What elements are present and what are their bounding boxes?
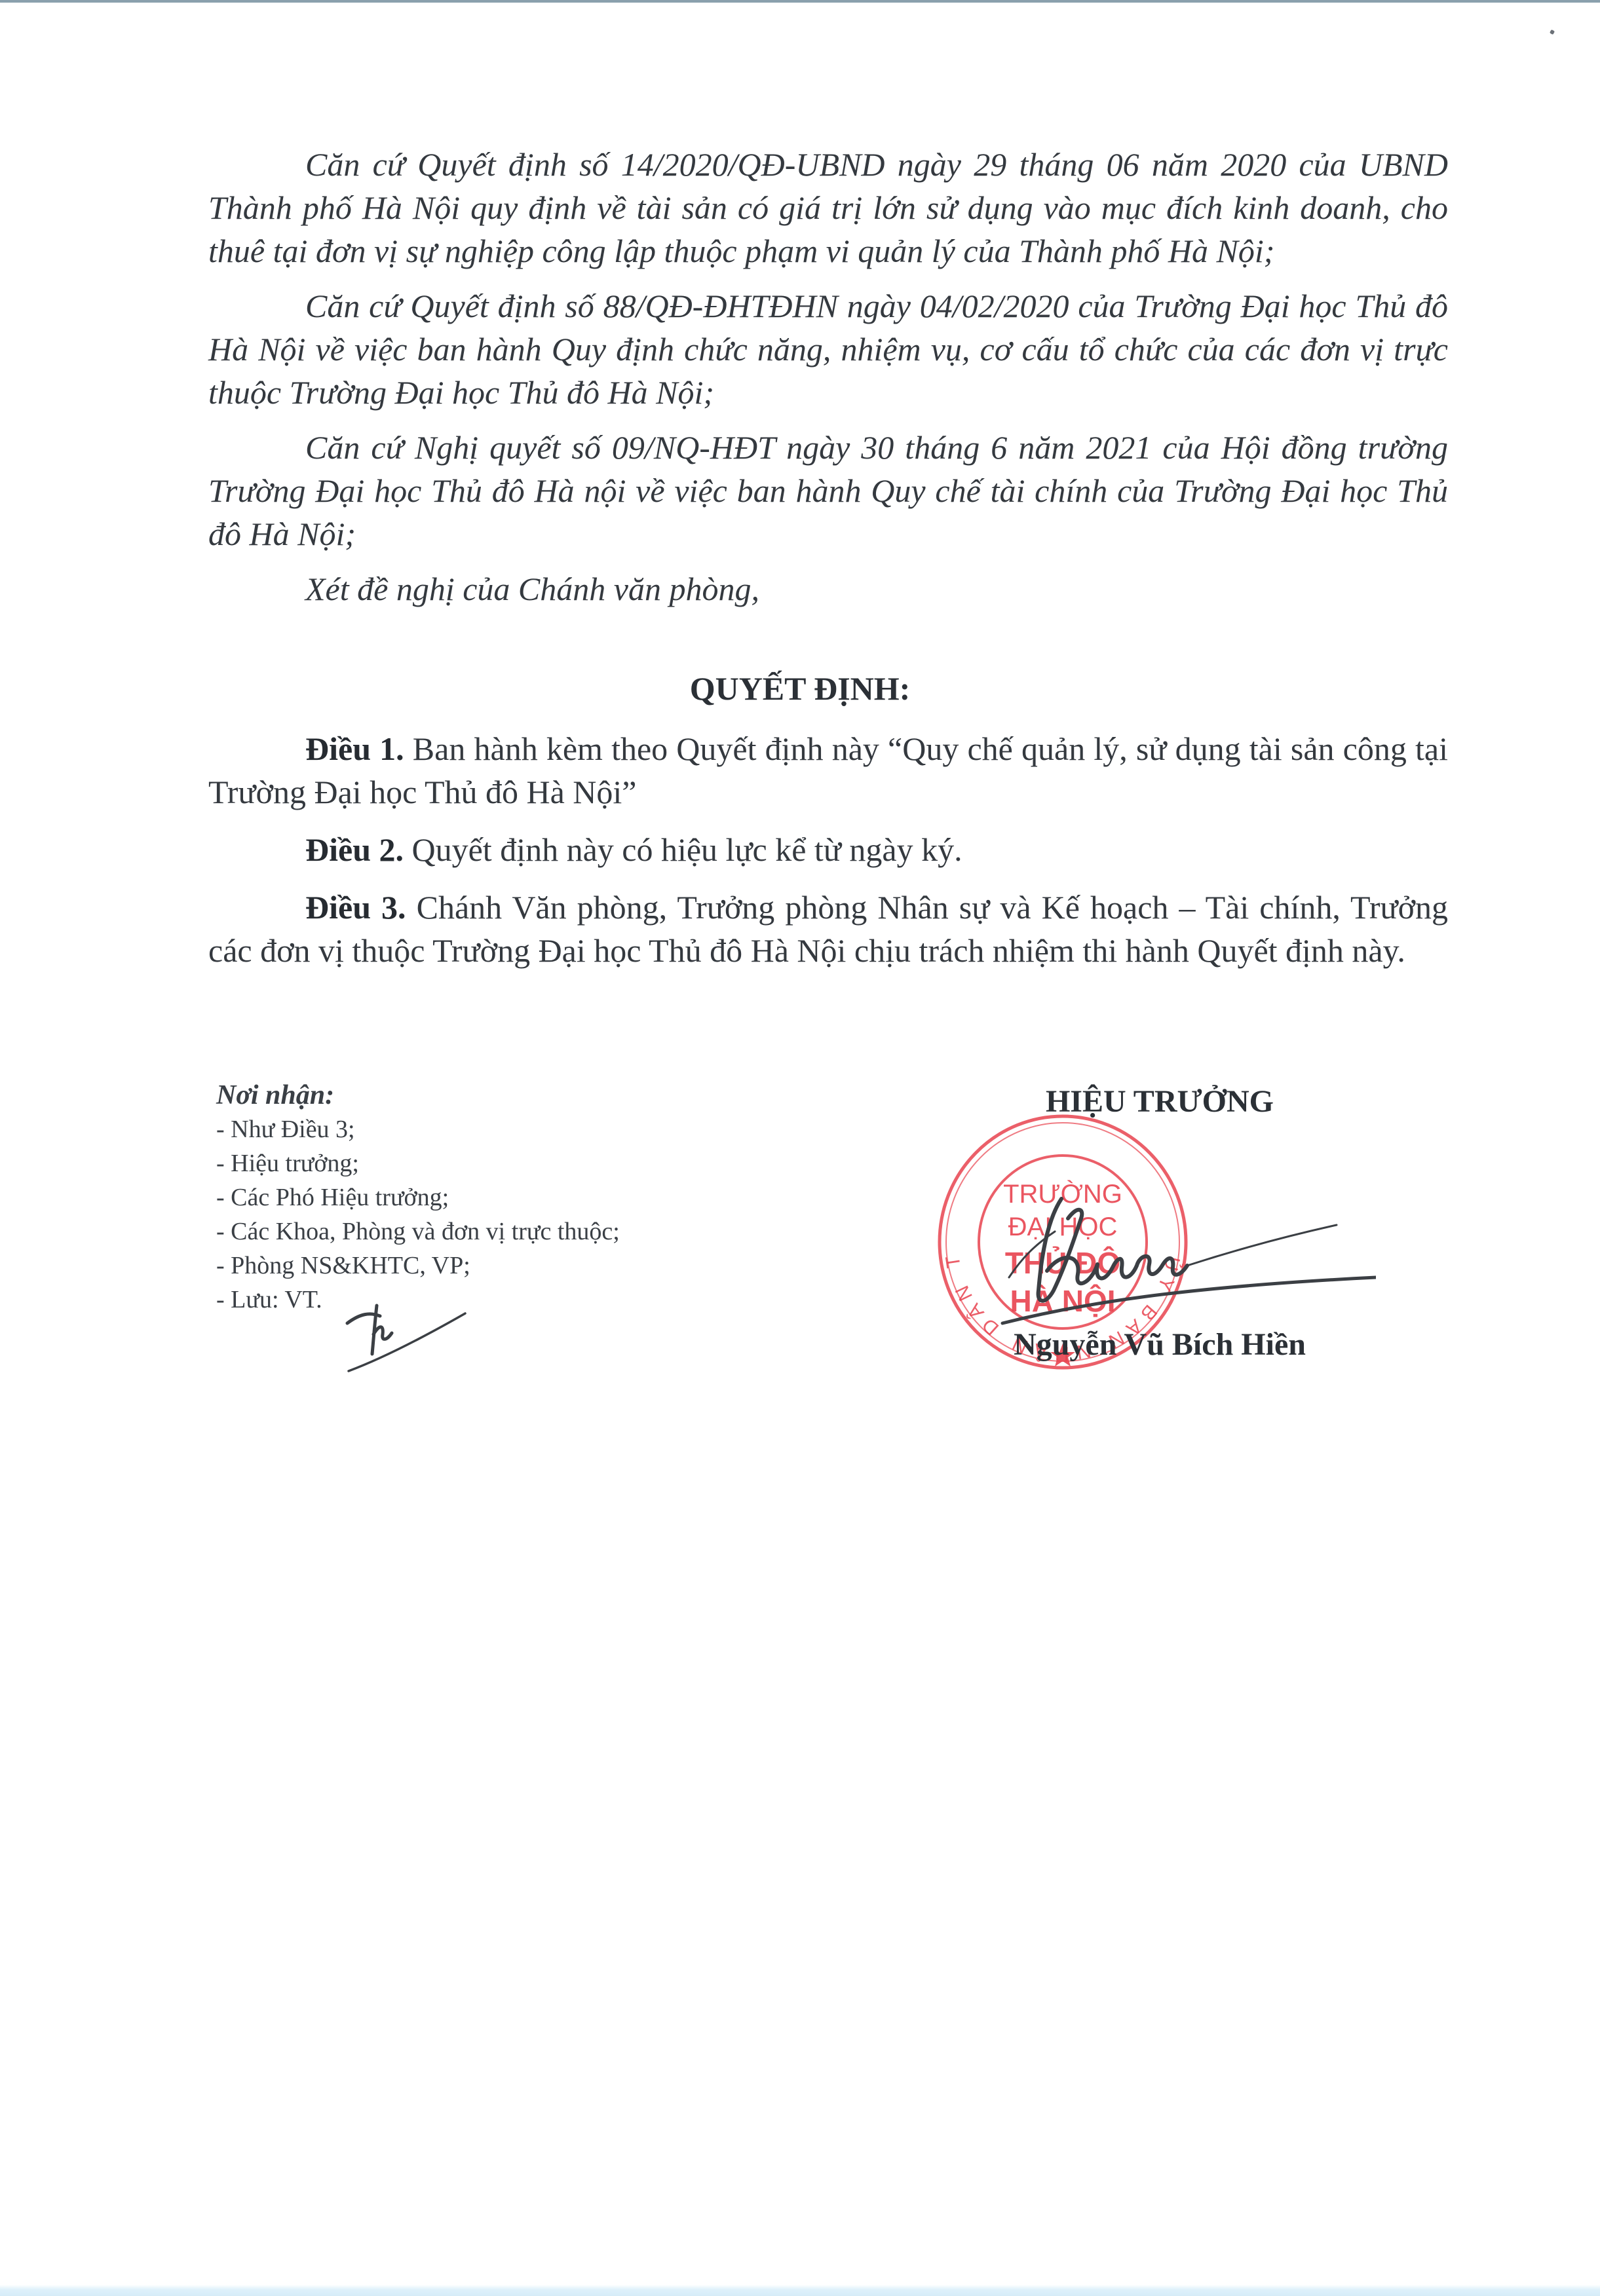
article-2: Điều 2. Quyết định này có hiệu lực kể từ…: [208, 828, 1448, 871]
recipients-list: - Như Điều 3; - Hiệu trưởng; - Các Phó H…: [216, 1112, 620, 1317]
scan-bottom-edge: [0, 2285, 1600, 2296]
article-1: Điều 1. Ban hành kèm theo Quyết định này…: [208, 727, 1448, 814]
preamble-proposal: Xét đề nghị của Chánh văn phòng,: [208, 567, 1448, 611]
article-2-text: Quyết định này có hiệu lực kể từ ngày ký…: [404, 831, 962, 868]
signer-name: Nguyễn Vũ Bích Hiền: [957, 1327, 1363, 1363]
preamble: Căn cứ Quyết định số 14/2020/QĐ-UBND ngà…: [208, 143, 1448, 611]
recipients: Nơi nhận: - Như Điều 3; - Hiệu trưởng; -…: [216, 1078, 620, 1317]
recipient-item: - Hiệu trưởng;: [216, 1146, 620, 1180]
handwritten-signature-icon: [983, 1192, 1376, 1336]
signature-block: HIỆU TRƯỞNG ỦY BAN NHÂN DÂN THÀNH PHỐ HÀ…: [957, 1074, 1363, 1389]
recipients-heading: Nơi nhận:: [216, 1078, 620, 1112]
recipient-item: - Như Điều 3;: [216, 1112, 620, 1146]
recipient-item: - Các Khoa, Phòng và đơn vị trực thuộc;: [216, 1214, 620, 1249]
initials-mark-icon: [341, 1294, 472, 1379]
preamble-legal-basis-3: Căn cứ Nghị quyết số 09/NQ-HĐT ngày 30 t…: [208, 426, 1448, 555]
article-1-label: Điều 1.: [305, 730, 404, 767]
articles: Điều 1. Ban hành kèm theo Quyết định này…: [208, 727, 1448, 972]
preamble-legal-basis-2: Căn cứ Quyết định số 88/QĐ-ĐHTĐHN ngày 0…: [208, 284, 1448, 414]
article-3-label: Điều 3.: [305, 889, 406, 926]
recipient-item: - Phòng NS&KHTC, VP;: [216, 1249, 620, 1283]
signer-title: HIỆU TRƯỞNG: [957, 1083, 1363, 1120]
article-3: Điều 3. Chánh Văn phòng, Trưởng phòng Nh…: [208, 886, 1448, 972]
article-2-label: Điều 2.: [305, 831, 404, 868]
scan-top-edge: [0, 0, 1600, 3]
scan-speck: [1550, 29, 1555, 35]
decision-title: QUYẾT ĐỊNH:: [0, 669, 1600, 707]
preamble-legal-basis-1: Căn cứ Quyết định số 14/2020/QĐ-UBND ngà…: [208, 143, 1448, 273]
recipient-item: - Các Phó Hiệu trưởng;: [216, 1180, 620, 1214]
